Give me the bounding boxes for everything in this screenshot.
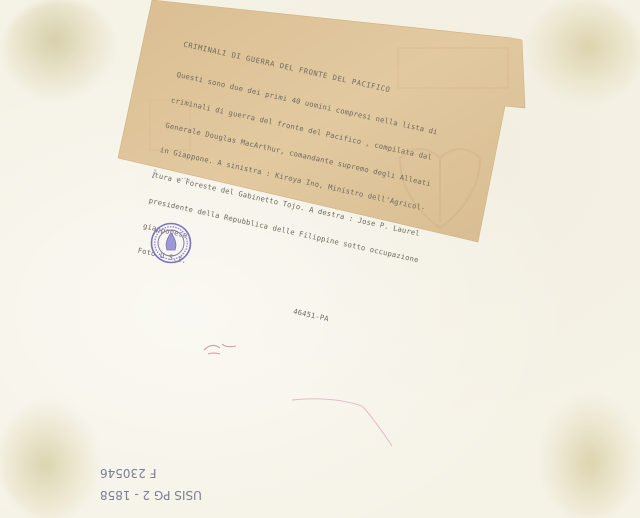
pink-pencil-mark xyxy=(200,340,240,364)
inventory-numbers: USIS PG 2 - 1858 F 230546 xyxy=(100,462,230,506)
inventory-line-2: F 230546 xyxy=(100,462,230,484)
pencil-scribble: ..... xyxy=(176,172,189,181)
archive-stamp xyxy=(150,222,192,264)
inventory-line-1: USIS PG 2 - 1858 xyxy=(100,484,230,506)
stamp-seal-icon xyxy=(150,222,192,264)
pink-pencil-line xyxy=(290,380,400,450)
